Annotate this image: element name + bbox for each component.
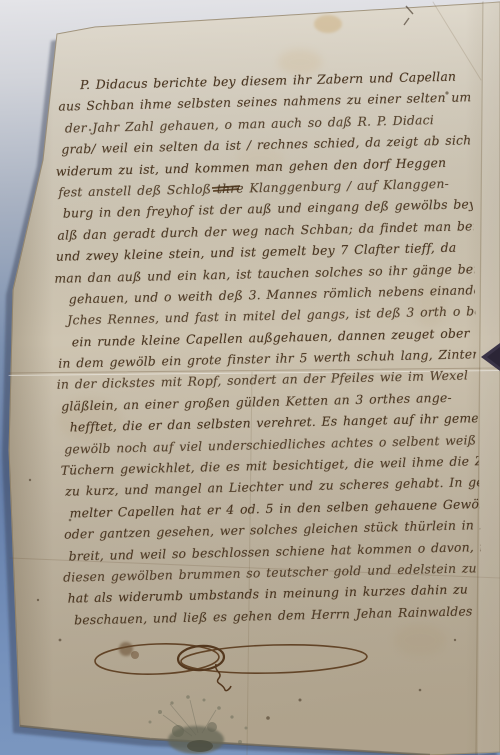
brown-blot-small	[131, 651, 139, 659]
smudge-bottom-right	[394, 624, 446, 656]
brown-blot	[119, 642, 133, 656]
handwriting-text-block: P. Didacus berichte bey diesem ihr Zaber…	[50, 65, 483, 631]
yellow-stain-top	[314, 15, 342, 33]
photo-of-manuscript: P. Didacus berichte bey diesem ihr Zaber…	[0, 0, 500, 755]
